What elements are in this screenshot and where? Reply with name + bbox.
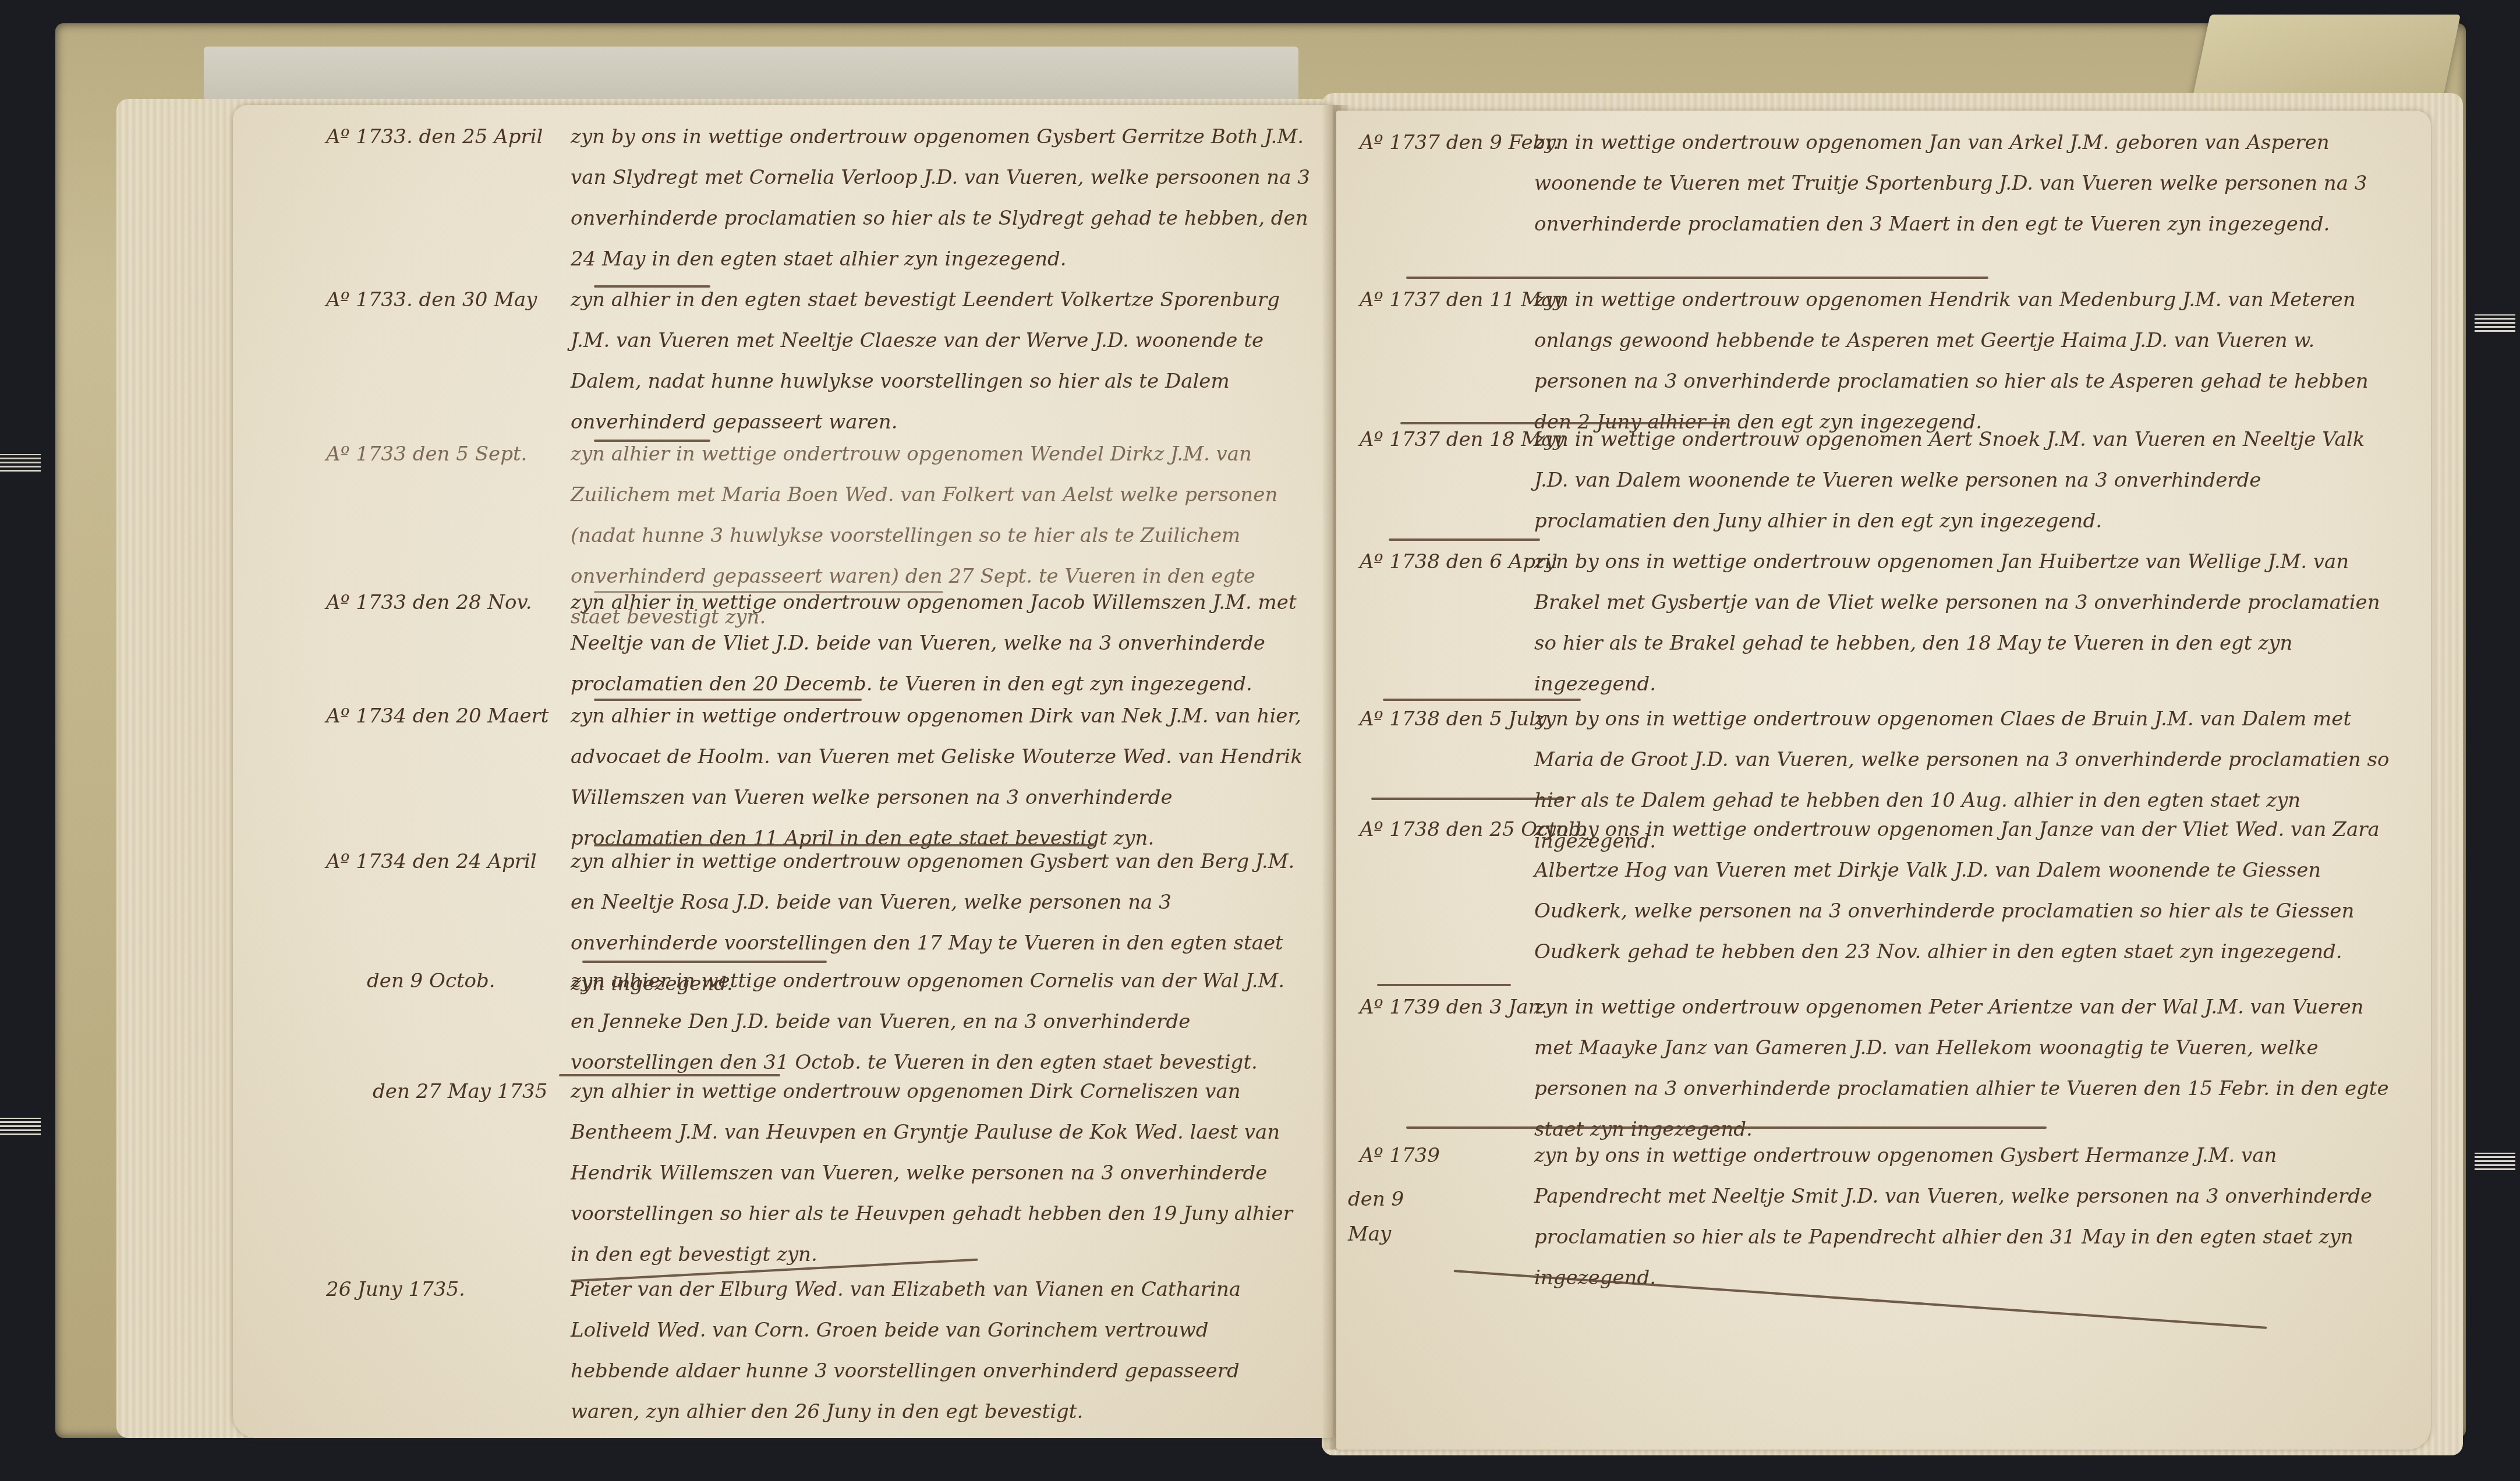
entry-date: Aº 1738 den 5 July [1360, 707, 1546, 731]
register-entry: den 9 Octob. zyn alhier in wettige onder… [367, 961, 1310, 1083]
string-fringe [2475, 1153, 2515, 1170]
margin-date-note: den 9 May [1348, 1182, 1418, 1252]
entry-date: Aº 1739 [1360, 1144, 1440, 1167]
entry-text: zyn by ons in wettige ondertrouw opgenom… [1534, 541, 2396, 704]
entry-text: zyn by ons in wettige ondertrouw opgenom… [571, 116, 1310, 279]
entry-text: zyn in wettige ondertrouw opgenomen Jan … [1534, 122, 2396, 245]
entry-date: den 27 May 1735 [373, 1080, 547, 1103]
register-entry: Aº 1737 den 11 May zyn in wettige ondert… [1360, 279, 2396, 442]
entry-date: Aº 1737 den 9 Febr. [1360, 131, 1559, 154]
divider-line [1389, 538, 1540, 541]
entry-date: Aº 1739 den 3 Jan. [1360, 995, 1547, 1019]
register-entry: Aº 1733 den 28 Nov. zyn alhier in wettig… [326, 582, 1310, 704]
entry-date: Aº 1738 den 6 April [1360, 550, 1558, 573]
entry-text: zyn by ons in wettige ondertrouw opgenom… [1534, 809, 2396, 972]
entry-text: zyn alhier in wettige ondertrouw opgenom… [571, 696, 1310, 859]
register-entry: Aº 1737 den 18 May zyn in wettige ondert… [1360, 419, 2396, 541]
entry-date: Aº 1734 den 20 Maert [326, 704, 548, 728]
entry-text: zyn alhier in wettige ondertrouw opgenom… [571, 1071, 1310, 1275]
string-fringe [0, 454, 41, 472]
register-entry: Aº 1733. den 25 April zyn by ons in wett… [326, 116, 1310, 279]
right-page: Aº 1737 den 9 Febr. zyn in wettige onder… [1336, 111, 2431, 1450]
entry-text: zyn alhier in wettige ondertrouw opgenom… [571, 582, 1310, 704]
register-entry: Aº 1739 den 3 Jan. zyn in wettige ondert… [1360, 987, 2396, 1150]
entry-date: Aº 1733 den 28 Nov. [326, 591, 532, 614]
register-entry: Aº 1733. den 30 May zyn alhier in den eg… [326, 279, 1310, 442]
entry-date: Aº 1734 den 24 April [326, 850, 537, 873]
entry-text: zyn in wettige ondertrouw opgenomen Pete… [1534, 987, 2396, 1150]
entry-text: Pieter van der Elburg Wed. van Elizabeth… [571, 1269, 1310, 1432]
register-entry: den 27 May 1735 zyn alhier in wettige on… [373, 1071, 1310, 1275]
divider-line [1371, 798, 1563, 800]
entry-text: zyn alhier in wettige ondertrouw opgenom… [571, 961, 1310, 1083]
string-fringe [2475, 314, 2515, 332]
string-fringe [0, 1118, 41, 1135]
divider-line [1377, 984, 1511, 986]
entry-date: Aº 1733 den 5 Sept. [326, 442, 527, 466]
cover-flap [2192, 15, 2461, 102]
entry-text: zyn in wettige ondertrouw opgenomen Hend… [1534, 279, 2396, 442]
left-page: Aº 1733. den 25 April zyn by ons in wett… [233, 105, 1333, 1438]
entry-text: zyn by ons in wettige ondertrouw opgenom… [1534, 1135, 2396, 1298]
register-entry: Aº 1734 den 20 Maert zyn alhier in wetti… [326, 696, 1310, 859]
entry-date: 26 Juny 1735. [326, 1278, 465, 1301]
divider-line [1406, 277, 1988, 279]
register-entry: Aº 1738 den 6 April zyn by ons in wettig… [1360, 541, 2396, 704]
entry-text: zyn in wettige ondertrouw opgenomen Aert… [1534, 419, 2396, 541]
entry-text: zyn alhier in den egten staet bevestigt … [571, 279, 1310, 442]
entry-date: Aº 1737 den 18 May [1360, 428, 1565, 451]
register-entry: Aº 1738 den 25 Octob. zyn by ons in wett… [1360, 809, 2396, 972]
entry-date: Aº 1733. den 25 April [326, 125, 543, 148]
entry-date: den 9 Octob. [367, 969, 495, 993]
divider-line [1406, 1126, 2047, 1129]
register-entry: 26 Juny 1735. Pieter van der Elburg Wed.… [326, 1269, 1310, 1432]
entry-date: Aº 1733. den 30 May [326, 288, 537, 311]
entry-date: Aº 1737 den 11 May [1360, 288, 1565, 311]
register-entry: Aº 1737 den 9 Febr. zyn in wettige onder… [1360, 122, 2396, 245]
